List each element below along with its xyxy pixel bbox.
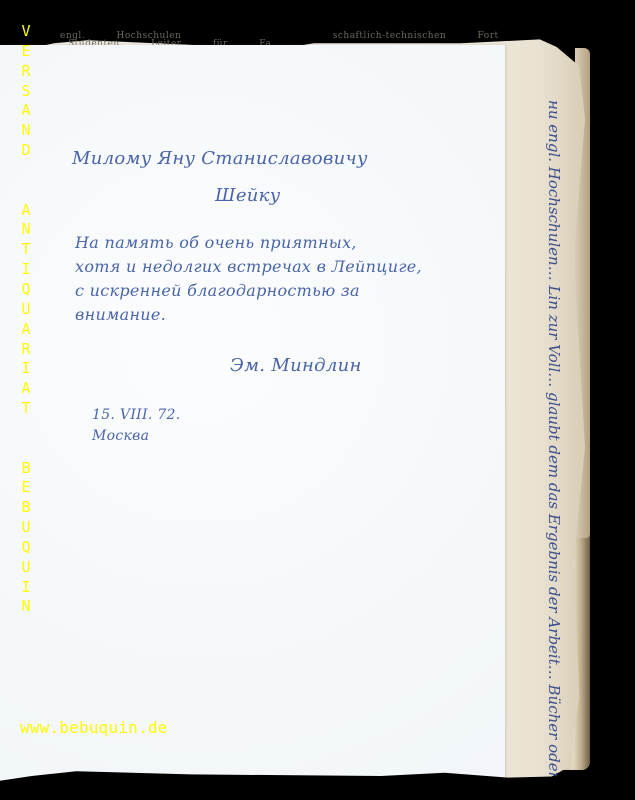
watermark-letter: Q bbox=[17, 538, 35, 558]
watermark-letter: R bbox=[17, 62, 35, 82]
watermark-url: www.bebuquin.de bbox=[20, 718, 168, 737]
watermark-letter: Q bbox=[17, 280, 35, 300]
dedication-addressee: Милому Яну Станиславовичу bbox=[72, 148, 368, 169]
watermark-letter: T bbox=[17, 240, 35, 260]
dedication-date: 15. VIII. 72. bbox=[92, 407, 180, 423]
watermark-letter bbox=[17, 181, 35, 201]
watermark-letter: S bbox=[17, 82, 35, 102]
watermark-letter: N bbox=[17, 121, 35, 141]
dedication-place: Москва bbox=[92, 428, 149, 444]
watermark-letter: B bbox=[17, 459, 35, 479]
watermark-letter: R bbox=[17, 340, 35, 360]
margin-note-text: ни engl. Hochschulen… Lin zur Voll… glau… bbox=[544, 100, 563, 760]
watermark-letter: I bbox=[17, 359, 35, 379]
watermark-letter: D bbox=[17, 141, 35, 161]
dedication-body: На память об очень приятных, хотя и недо… bbox=[75, 231, 422, 327]
dedication-line: с искренней благодарностью за bbox=[75, 279, 422, 303]
watermark-letter: E bbox=[17, 478, 35, 498]
margin-handwritten-note: ни engl. Hochschulen… Lin zur Voll… glau… bbox=[505, 100, 565, 750]
watermark-letter: N bbox=[17, 597, 35, 617]
photo-scene: engl. Hochschulen schaftlich-technischen… bbox=[0, 0, 635, 800]
dedication-line: На память об очень приятных, bbox=[75, 231, 422, 255]
watermark-letter: U bbox=[17, 300, 35, 320]
watermark-letter: A bbox=[17, 201, 35, 221]
watermark-letter bbox=[17, 419, 35, 439]
watermark-letter: E bbox=[17, 42, 35, 62]
watermark-letter: U bbox=[17, 558, 35, 578]
watermark-letter: I bbox=[17, 578, 35, 598]
watermark-letter: A bbox=[17, 101, 35, 121]
dedication-signature: Эм. Миндлин bbox=[230, 355, 362, 376]
watermark-letter: N bbox=[17, 220, 35, 240]
watermark-letter bbox=[17, 439, 35, 459]
dedication-line: внимание. bbox=[75, 303, 422, 327]
watermark-letter: B bbox=[17, 498, 35, 518]
watermark-vertical-text: V E R S A N D A N T I Q U A R I A T B E … bbox=[17, 22, 35, 617]
watermark-letter: U bbox=[17, 518, 35, 538]
watermark-letter: A bbox=[17, 379, 35, 399]
dedication-line: хотя и недолгих встречах в Лейпциге, bbox=[75, 255, 422, 279]
watermark-letter: I bbox=[17, 260, 35, 280]
watermark-letter: V bbox=[17, 22, 35, 42]
dedication-addressee-surname: Шейку bbox=[215, 185, 280, 206]
watermark-letter: A bbox=[17, 320, 35, 340]
watermark-letter bbox=[17, 161, 35, 181]
watermark-letter: T bbox=[17, 399, 35, 419]
